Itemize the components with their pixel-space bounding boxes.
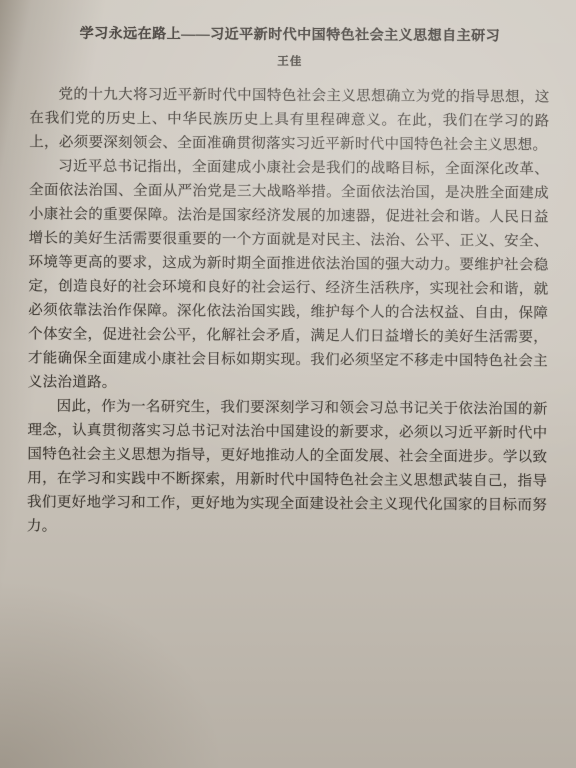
paragraph-3: 因此，作为一名研究生，我们要深刻学习和领会习总书记关于依法治国的新理念，认真贯彻… — [27, 394, 548, 541]
photo-of-document: 学习永远在路上——习近平新时代中国特色社会主义思想自主研习 王佳 党的十九大将习… — [0, 0, 576, 768]
document-page: 学习永远在路上——习近平新时代中国特色社会主义思想自主研习 王佳 党的十九大将习… — [27, 24, 550, 541]
document-author: 王佳 — [30, 53, 550, 70]
document-title: 学习永远在路上——习近平新时代中国特色社会主义思想自主研习 — [30, 24, 550, 46]
paragraph-1: 党的十九大将习近平新时代中国特色社会主义思想确立为党的指导思想，这在我们党的历史… — [29, 82, 549, 157]
paragraph-2: 习近平总书记指出，全面建成小康社会是我们的战略目标，全面深化改革、全面依法治国、… — [28, 154, 549, 397]
